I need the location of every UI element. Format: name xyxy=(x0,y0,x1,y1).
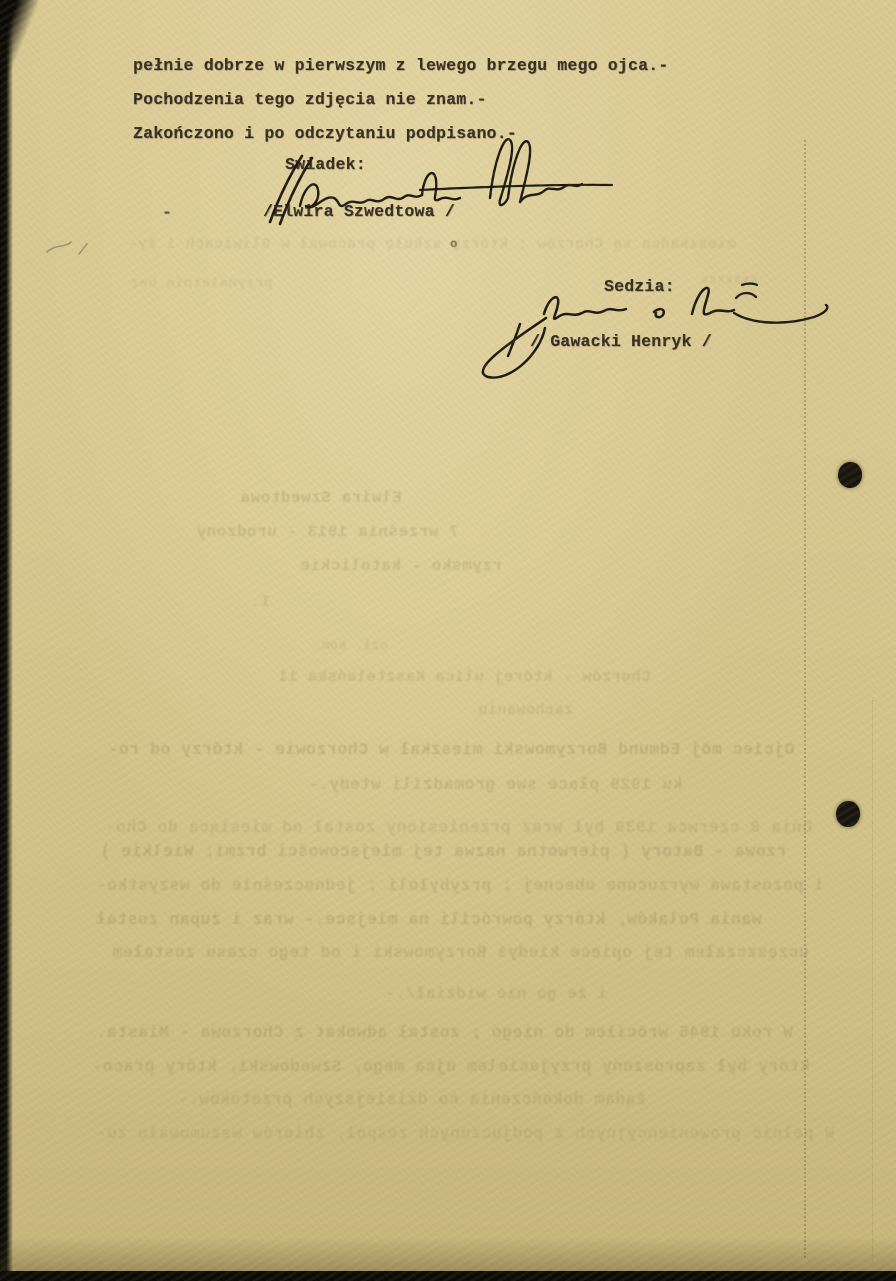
bleed-through-line: rzymsko - katolickie xyxy=(300,557,502,575)
typed-line-1: pełnie dobrze w pierwszym z lewego brzeg… xyxy=(133,56,668,75)
bleed-through-line: wania Polaków, którzy powrócili na miejs… xyxy=(96,910,762,929)
bleed-through-line: i pozostawa wyrzucone obecnej ; przybyło… xyxy=(96,876,824,895)
bleed-through-line: ku 1929 płace swe gromadzili wtedy.- xyxy=(308,775,682,794)
bleed-through-line: rzowa - Batory ( pierwotna nazwa tej mie… xyxy=(100,842,787,861)
bleed-through-line: uczęszczałem tej opiece kiedyś Borzymows… xyxy=(112,943,809,962)
stray-dash-mark: - xyxy=(162,203,172,222)
scan-shadow-bottom xyxy=(0,1237,896,1271)
stray-o-mark: o xyxy=(450,237,457,251)
bleed-through-line: W roku 1945 wróciłem do niego ; został a… xyxy=(96,1023,793,1042)
bleed-through-line: 7 września 1913 - urodzony xyxy=(196,523,459,541)
bleed-through-line: Dnia 8 czerwca 1939 był wraz przeniesion… xyxy=(105,818,812,837)
bleed-through-line: I. xyxy=(250,593,270,611)
scan-edge-bottom xyxy=(0,1271,896,1281)
typed-line-2: Pochodzenia tego zdjęcia nie znam.- xyxy=(133,90,487,109)
scanned-paper: mieszkańca są Chorzów ; którzy szkołę pr… xyxy=(0,0,896,1281)
bleed-through-line: który był zaproszony przyjacielem ojca m… xyxy=(92,1057,810,1076)
witness-signature-icon xyxy=(250,118,630,233)
bleed-through-line: mieszkańca są Chorzów ; którzy szkołę pr… xyxy=(128,236,736,253)
bleed-through-line: zachowaniu xyxy=(478,702,573,719)
bleed-through-line: przynależnie bez xyxy=(130,276,272,292)
bleed-through-line: żądam dokończenia co dzisiejszych przeto… xyxy=(178,1090,646,1109)
judge-signature-icon xyxy=(448,278,848,388)
bleed-through-line: Elwira Szwedtowa xyxy=(240,489,402,507)
bleed-through-line: W pełnić proweniencyjnych z podjuczonych… xyxy=(96,1124,835,1143)
hole-punch-top xyxy=(838,462,862,488)
scan-corner-top-left xyxy=(0,0,38,78)
bleed-through-line: i że go nie widział/.- xyxy=(385,985,607,1003)
pencil-scribble-icon xyxy=(45,236,105,266)
bleed-through-line: Chorzów - której ulica Kasztelańska 11 xyxy=(278,668,650,686)
bleed-through-line: · · ··· · xyxy=(140,1192,240,1207)
bleed-through-line: czł. kom. xyxy=(313,638,388,653)
fold-crease-line-right xyxy=(872,700,873,1260)
scan-edge-left xyxy=(0,0,13,1281)
hole-punch-bottom xyxy=(836,801,860,827)
fold-crease-line xyxy=(804,140,806,1258)
bleed-through-line: Ojciec mój Edmund Borzymowski mieszkał w… xyxy=(108,740,795,759)
